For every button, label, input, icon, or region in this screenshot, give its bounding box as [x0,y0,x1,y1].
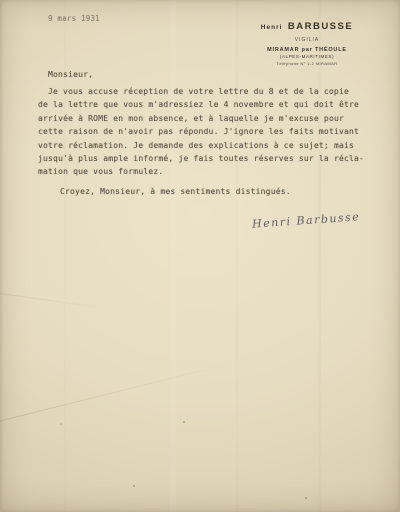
scanned-letter-page: 9 mars 1931 Henri BARBUSSE VIGILIA MIRAM… [0,0,400,512]
paper-crease [0,362,236,426]
letterhead-name: Henri BARBUSSE [232,16,382,34]
body-line: mation que vous formulez. [38,165,368,178]
body-line: votre réclamation. Je demande des explic… [38,139,368,152]
body-line: de la lettre que vous m'adressiez le 4 n… [38,98,368,111]
body-line: arrivée à ROME en mon absence, et à laqu… [38,112,368,125]
letterhead-villa: VIGILIA [232,37,382,43]
paper-speck [133,485,135,487]
body-line: jusqu'à plus ample informé, je fais tout… [38,152,368,165]
handwritten-signature: Henri Barbusse [252,210,361,231]
paper-speck [183,421,185,423]
paper-crease [0,292,109,310]
letter-body: Monsieur, Je vous accuse réception de vo… [38,70,368,198]
letter-date: 9 mars 1931 [48,14,100,23]
closing-line: Croyez, Monsieur, à mes sentiments disti… [38,185,368,198]
letterhead-phone: Téléphone N° 1-2 MIRAMAR [232,61,382,66]
paper-speck [305,497,307,499]
body-line: Je vous accuse réception de votre lettre… [38,85,368,98]
letterhead: Henri BARBUSSE VIGILIA MIRAMAR par THÉOU… [232,16,382,66]
letterhead-address-line2: (ALPES-MARITIMES) [232,54,382,59]
letterhead-address-line1: MIRAMAR par THÉOULE [232,47,382,53]
letterhead-first-name: Henri [261,24,283,31]
body-line: cette raison de n'avoir pas répondu. J'i… [38,125,368,138]
salutation: Monsieur, [48,70,368,79]
paper-speck [60,423,62,425]
letterhead-last-name: BARBUSSE [288,21,353,32]
